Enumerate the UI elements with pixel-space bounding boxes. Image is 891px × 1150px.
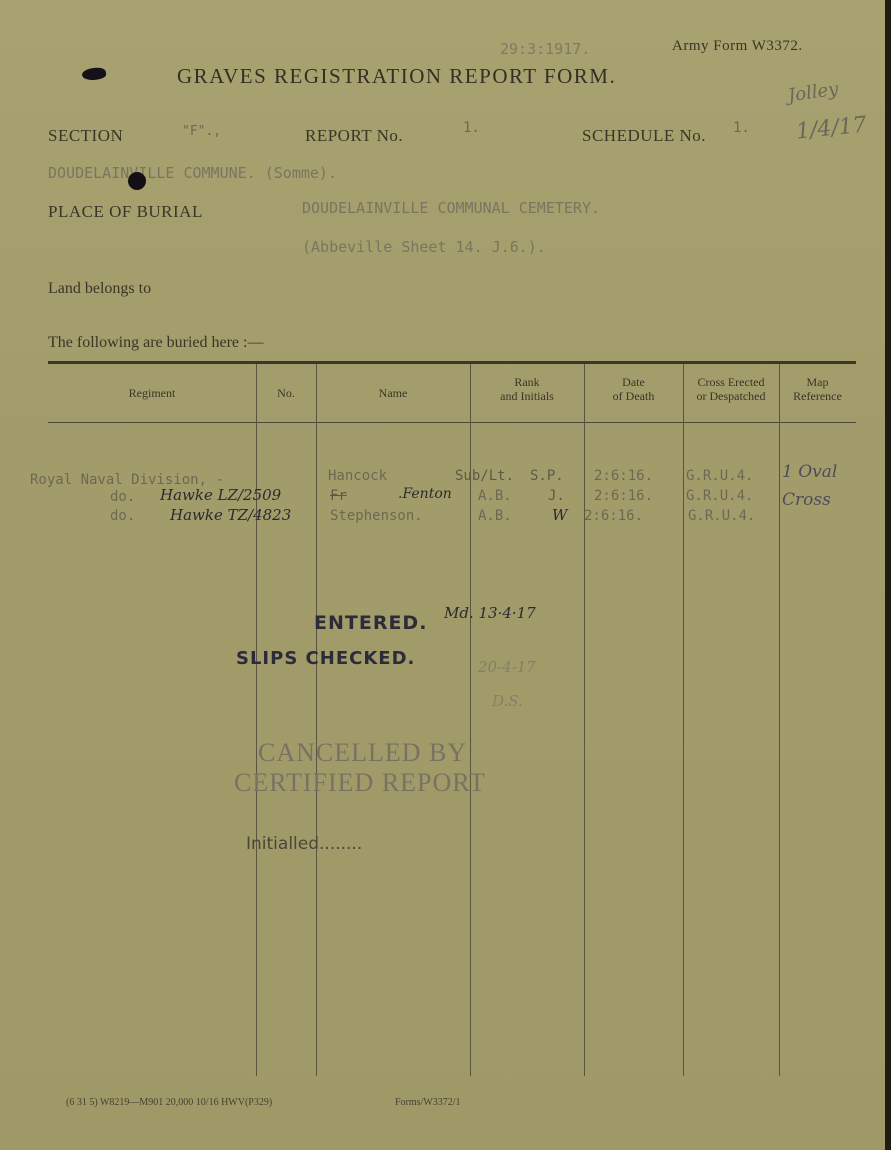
row2-regiment: do. xyxy=(110,489,135,505)
row2-cross: G.R.U.4. xyxy=(686,488,753,504)
row2-date: 2:6:16. xyxy=(594,488,653,504)
row1-name: Hancock xyxy=(328,468,387,484)
row2-rank: A.B. xyxy=(478,488,512,504)
row1-date: 2:6:16. xyxy=(594,468,653,484)
row3-service-number: Hawke TZ/4823 xyxy=(170,506,291,524)
row3-rank: A.B. xyxy=(478,508,512,524)
header-map-line2: Reference xyxy=(779,389,856,403)
header-date-of-death: Date of Death xyxy=(584,375,683,403)
slips-checked-initials: D.S. xyxy=(492,692,523,710)
row3-initials: W xyxy=(552,506,567,524)
cancelled-stamp-line1: CANCELLED BY xyxy=(258,738,467,768)
report-label: REPORT No. xyxy=(305,126,403,146)
typed-date: 29:3:1917. xyxy=(500,40,590,58)
header-regiment: Regiment xyxy=(48,386,256,400)
place-of-burial-value: DOUDELAINVILLE COMMUNAL CEMETERY. xyxy=(302,199,600,217)
form-reference: Forms/W3372/1 xyxy=(395,1097,461,1108)
row2-name: .Fenton xyxy=(398,486,452,502)
header-rank-line1: Rank xyxy=(470,375,584,389)
entered-handwritten-date: Md. 13·4·17 xyxy=(444,604,536,622)
column-divider xyxy=(256,364,257,1076)
header-name: Name xyxy=(316,386,470,400)
ink-blot-icon xyxy=(81,66,106,81)
buried-here-label: The following are buried here :— xyxy=(48,334,263,352)
header-map-line1: Map xyxy=(779,375,856,389)
initialled-stamp: Initialled........ xyxy=(246,834,362,854)
table-top-rule xyxy=(48,361,856,364)
row1-cross: G.R.U.4. xyxy=(686,468,753,484)
row3-regiment: do. xyxy=(110,508,135,524)
form-title: GRAVES REGISTRATION REPORT FORM. xyxy=(177,64,616,89)
row3-name: Stephenson. xyxy=(330,508,423,524)
header-no: No. xyxy=(256,386,316,400)
row2-name-struck: Fr xyxy=(330,488,347,504)
schedule-value: 1. xyxy=(733,120,750,136)
land-belongs-label: Land belongs to xyxy=(48,280,151,298)
section-label: SECTION xyxy=(48,126,123,146)
header-cross-line2: or Despatched xyxy=(683,389,779,403)
header-date-line2: of Death xyxy=(584,389,683,403)
header-map-reference: Map Reference xyxy=(779,375,856,403)
ink-dot-icon xyxy=(128,172,146,190)
map-reference-note: 1 Oval Cross xyxy=(782,458,862,514)
header-rank: Rank and Initials xyxy=(470,375,584,403)
column-divider xyxy=(316,364,317,1076)
row2-service-number: Hawke LZ/2509 xyxy=(160,486,281,504)
column-divider xyxy=(779,364,780,1076)
report-value: 1. xyxy=(463,120,480,136)
slips-checked-date: 20-4-17 xyxy=(478,658,536,676)
row2-initials: J. xyxy=(548,488,565,504)
header-rank-line2: and Initials xyxy=(470,389,584,403)
scan-edge xyxy=(885,0,891,1150)
slips-checked-stamp: SLIPS CHECKED. xyxy=(236,648,415,669)
print-code: (6 31 5) W8219—M901 20,000 10/16 HWV(P32… xyxy=(66,1097,272,1108)
row3-cross: G.R.U.4. xyxy=(688,508,755,524)
cancelled-stamp-line2: CERTIFIED REPORT xyxy=(234,768,486,798)
section-value: "F"., xyxy=(182,124,221,139)
header-date-line1: Date xyxy=(584,375,683,389)
schedule-label: SCHEDULE No. xyxy=(582,126,706,146)
table-header-bottom-rule xyxy=(48,422,856,423)
handwritten-date: 1/4/17 xyxy=(795,112,868,144)
column-divider xyxy=(584,364,585,1076)
row1-initials: S.P. xyxy=(530,468,564,484)
header-cross-line1: Cross Erected xyxy=(683,375,779,389)
row1-rank: Sub/Lt. xyxy=(455,468,514,484)
row3-date: 2:6:16. xyxy=(584,508,643,524)
handwritten-signature: Jolley xyxy=(787,79,840,107)
column-divider xyxy=(683,364,684,1076)
header-cross: Cross Erected or Despatched xyxy=(683,375,779,403)
form-number: Army Form W3372. xyxy=(672,38,803,55)
form-page: 29:3:1917. Army Form W3372. GRAVES REGIS… xyxy=(0,0,885,1150)
place-of-burial-label: PLACE OF BURIAL xyxy=(48,202,203,222)
commune-text: DOUDELAINVILLE COMMUNE. (Somme). xyxy=(48,164,337,182)
map-sheet-reference: (Abbeville Sheet 14. J.6.). xyxy=(302,238,546,256)
entered-stamp: ENTERED. xyxy=(314,612,427,634)
